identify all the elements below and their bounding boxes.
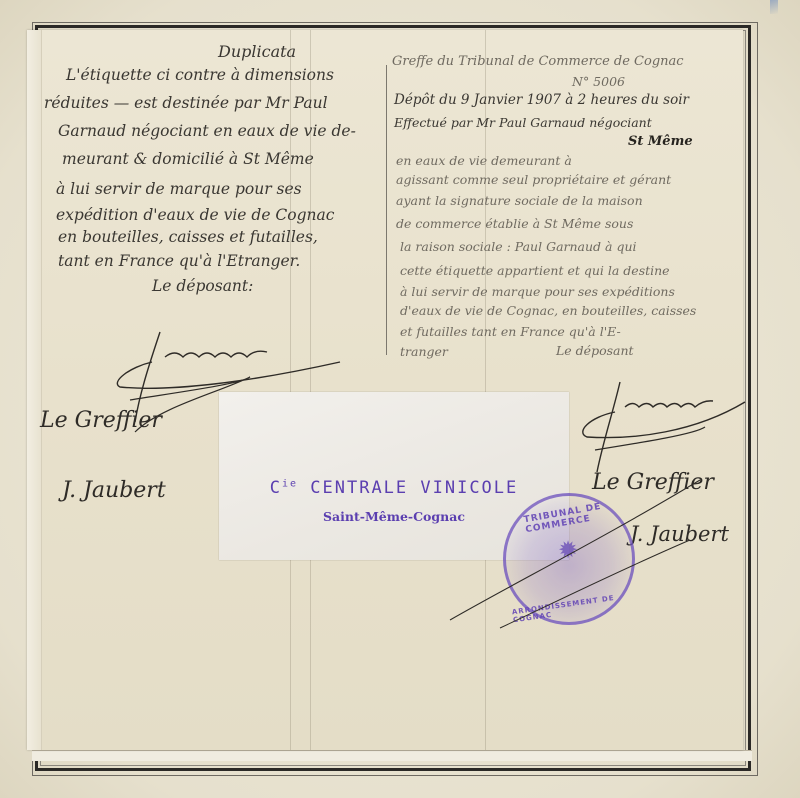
duplicata-heading: Duplicata xyxy=(218,44,296,60)
mount-strip xyxy=(32,750,752,761)
text-line: en bouteilles, caisses et futailles, xyxy=(58,230,318,246)
company-prefix-sup: ie xyxy=(282,478,298,489)
company-prefix: C xyxy=(270,478,282,498)
text-line: L'étiquette ci contre à dimensions xyxy=(66,68,334,84)
text-line: à lui servir de marque pour ses xyxy=(56,182,302,198)
signature-flourish xyxy=(440,480,720,630)
text-line: tant en France qu'à l'Etranger. xyxy=(58,254,300,270)
depositor-label: Le déposant: xyxy=(152,279,253,295)
registry-number: N° 5006 xyxy=(572,76,625,89)
depositor-label-right: Le déposant xyxy=(556,345,634,358)
text-line: la raison sociale : Paul Garnaud à qui xyxy=(400,241,637,254)
text-line: agissant comme seul propriétaire et géra… xyxy=(396,174,671,187)
text-line: de commerce établie à St Même sous xyxy=(396,218,633,231)
clerk-signature-left: J. Jaubert xyxy=(62,478,166,503)
column-divider xyxy=(386,65,387,355)
text-line: en eaux de vie demeurant à xyxy=(396,155,572,168)
text-line: ayant la signature sociale de la maison xyxy=(396,195,643,208)
pencil-mark xyxy=(770,0,778,14)
text-line: tranger xyxy=(400,346,448,359)
deposit-date-line: Dépôt du 9 Janvier 1907 à 2 heures du so… xyxy=(394,94,689,108)
sheet-edge xyxy=(27,30,42,750)
text-line: expédition d'eaux de vie de Cognac xyxy=(56,208,334,224)
text-line: réduites — est destinée par Mr Paul xyxy=(44,96,328,112)
depositor-signature-right xyxy=(575,372,775,482)
text-line: meurant & domicilié à St Même xyxy=(62,152,314,168)
album-page: Duplicata L'étiquette ci contre à dimens… xyxy=(0,0,800,798)
text-line: Effectué par Mr Paul Garnaud négociant xyxy=(394,117,652,130)
text-line: à lui servir de marque pour ses expéditi… xyxy=(400,286,675,299)
text-line: cette étiquette appartient et qui la des… xyxy=(400,265,670,278)
registry-header: Greffe du Tribunal de Commerce de Cognac xyxy=(392,55,684,68)
text-line: St Même xyxy=(628,135,693,148)
clerk-label-left: Le Greffier xyxy=(40,408,162,433)
text-line: d'eaux de vie de Cognac, en bouteilles, … xyxy=(400,305,696,318)
paper-fold xyxy=(485,30,486,750)
text-line: et futailles tant en France qu'à l'E- xyxy=(400,326,621,339)
text-line: Garnaud négociant en eaux de vie de- xyxy=(58,124,356,140)
